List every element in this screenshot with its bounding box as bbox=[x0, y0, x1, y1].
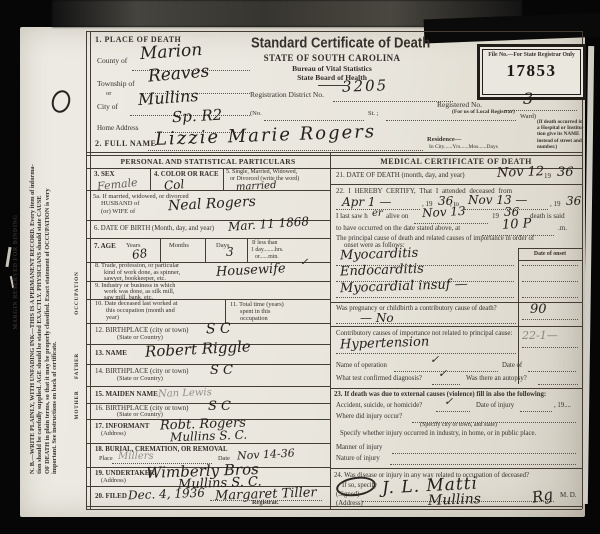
injury-19-label: , 19.... bbox=[554, 402, 571, 409]
hospital-note-line: tion give its NAME bbox=[537, 131, 585, 137]
date-of-death-value: Nov 12 bbox=[497, 165, 545, 180]
contributory-onset-value: 22-1— bbox=[522, 330, 558, 341]
spouse-label-3: (or) WIFE of bbox=[101, 208, 135, 215]
residence-line-label: In City......Yrs......Mos......Days bbox=[429, 145, 498, 151]
maiden-name-label: 15. MAIDEN NAME bbox=[95, 391, 158, 399]
accident-line bbox=[436, 410, 470, 412]
district-value: 3205 bbox=[342, 78, 389, 95]
specify-where-label: Specify whether injury occurred in indus… bbox=[340, 430, 536, 437]
cell-divider bbox=[160, 238, 161, 262]
spouse-label-2: HUSBAND of bbox=[101, 200, 139, 207]
district-label: Registration District No. bbox=[250, 91, 324, 99]
divider-under-name bbox=[86, 152, 582, 153]
contributory-onset-line bbox=[522, 346, 578, 348]
residence-label: Residence— bbox=[427, 136, 461, 143]
signed-label: (Signed) bbox=[336, 491, 359, 498]
contributory-value: Hypertension bbox=[340, 335, 430, 351]
race-value: Col bbox=[164, 178, 185, 192]
saw-19: 19 bbox=[492, 213, 499, 221]
column-divider bbox=[330, 152, 331, 509]
date-of-death-label: 21. DATE OF DEATH (month, day, and year) bbox=[336, 172, 465, 180]
burial-place-label: Place bbox=[99, 456, 113, 463]
row-line bbox=[330, 388, 582, 389]
informant-address-value: Mullins S. C. bbox=[170, 429, 248, 444]
undertaker-address-label: (Address) bbox=[101, 478, 126, 485]
md-label: M. D. bbox=[560, 492, 577, 500]
father-birthplace-value: S C bbox=[210, 364, 233, 377]
form-border-left-outer bbox=[86, 31, 87, 509]
street-no-line bbox=[264, 119, 364, 121]
row-line bbox=[330, 468, 582, 469]
manner-line bbox=[392, 452, 576, 454]
saw-label-3: death is said bbox=[530, 213, 565, 221]
row-line bbox=[86, 238, 330, 239]
saw-her-value: er bbox=[372, 209, 383, 219]
age-label: 7. AGE bbox=[94, 243, 116, 251]
margin-binding-note: MARGIN RESERVED FOR BINDING bbox=[13, 192, 19, 352]
marital-label-1: 5. Single, Married, Widowed, bbox=[226, 169, 297, 175]
onset-label: Date of onset bbox=[518, 251, 582, 257]
less-than-line-2: 1 day........hrs. bbox=[251, 247, 283, 253]
item23-label: 23. If death was due to external causes … bbox=[334, 391, 546, 398]
saw-label-2: alive on bbox=[386, 213, 408, 221]
form-border-top bbox=[86, 31, 582, 32]
margin-nb-line: OF DEATH in plain terms, so that it may … bbox=[44, 56, 51, 474]
row-line bbox=[330, 184, 582, 185]
physician-address: Mullins bbox=[428, 492, 481, 508]
street-label: St. ; bbox=[368, 110, 378, 117]
onset-line-1 bbox=[522, 264, 578, 266]
manner-label: Manner of injury bbox=[336, 444, 382, 451]
operation-label: Name of operation bbox=[336, 362, 387, 369]
full-name-line bbox=[148, 149, 423, 151]
registered-line bbox=[505, 109, 577, 111]
nature-label: Nature of injury bbox=[336, 455, 380, 462]
nature-line bbox=[390, 463, 576, 465]
margin-nb-note: N. B.—WRITE PLAINLY, WITH UNFADING INK—T… bbox=[29, 56, 59, 474]
margin-nb-line: N. B.—WRITE PLAINLY, WITH UNFADING INK—T… bbox=[29, 56, 36, 474]
form-border-bottom bbox=[86, 506, 582, 507]
cell-divider bbox=[205, 238, 206, 262]
row-line bbox=[86, 364, 330, 365]
days-value: 3 bbox=[226, 246, 234, 258]
last-worked-label-3: year) bbox=[106, 315, 119, 322]
mother-strip-label: MOTHER bbox=[75, 387, 81, 423]
burial-label: 18. BURIAL, CREMATION, OR REMOVAL bbox=[95, 446, 228, 453]
hospital-note-line: number.) bbox=[537, 144, 585, 150]
checkmark: ✓ bbox=[438, 368, 447, 379]
hour-value: 10 P bbox=[502, 217, 532, 232]
mother-birthplace-sub: (State or Country) bbox=[117, 412, 163, 419]
injury-date-line bbox=[520, 410, 552, 412]
signature-flourish: Rg bbox=[531, 487, 554, 505]
dod-year-value: 36 bbox=[557, 166, 574, 179]
cell-divider bbox=[223, 168, 224, 190]
autopsy-label: Was there an autopsy? bbox=[466, 375, 527, 382]
township-label: Township of bbox=[97, 80, 135, 88]
years-value: 68 bbox=[131, 247, 148, 261]
onset-box-top bbox=[518, 248, 582, 249]
father-strip-label: FATHER bbox=[75, 344, 81, 388]
street-line bbox=[386, 119, 516, 121]
hospital-note-line: instead of street and bbox=[537, 138, 585, 144]
certificate-title: Standard Certificate of Death bbox=[251, 35, 413, 51]
occupation-strip-label: OCCUPATION bbox=[75, 262, 81, 324]
attended-from-value: Apr 1 — bbox=[342, 196, 391, 208]
checkmark: ✓ bbox=[300, 258, 308, 268]
injury-date-label: Date of injury bbox=[476, 402, 514, 409]
home-address-value: Sp. R2 bbox=[172, 108, 223, 126]
checkmark: ✓ bbox=[444, 396, 453, 407]
informant-address-label: (Address) bbox=[101, 431, 126, 438]
cause-value-2: Endocarditis bbox=[340, 263, 424, 279]
birthplace-sub: (State or Country) bbox=[117, 335, 163, 342]
birthplace-value: S C bbox=[206, 322, 231, 337]
burial-date-value: Nov 14-36 bbox=[237, 447, 295, 461]
test-line bbox=[432, 383, 460, 385]
cause-value-1: Myocarditis bbox=[340, 247, 419, 263]
bureau-line: Bureau of Vital Statistics bbox=[251, 65, 413, 73]
autopsy-line bbox=[538, 383, 578, 385]
cell-divider bbox=[225, 299, 226, 323]
less-than-line-1: If less than bbox=[252, 240, 277, 246]
home-address-label: Home Address bbox=[97, 125, 138, 133]
operation-date-line bbox=[528, 370, 576, 372]
or-label: or bbox=[106, 90, 111, 97]
board-line: State Board of Health bbox=[251, 74, 413, 82]
father-birthplace-sub: (State or Country) bbox=[117, 376, 163, 383]
pregnancy-onset-value: 90 bbox=[530, 303, 547, 316]
contributory-line bbox=[336, 352, 516, 354]
filed-label: 20. FILED bbox=[95, 493, 127, 501]
race-label: 4. COLOR OR RACE bbox=[154, 171, 219, 178]
row-line bbox=[330, 326, 582, 327]
personal-section-title: PERSONAL AND STATISTICAL PARTICULARS bbox=[86, 158, 330, 166]
occurred-label: to have occurred on the date stated abov… bbox=[336, 225, 460, 233]
registrar-label: Registrar. bbox=[252, 500, 279, 507]
where-injury-label: Where did injury occur? bbox=[336, 413, 402, 420]
sex-label: 3. SEX bbox=[94, 171, 115, 179]
marital-value: married bbox=[236, 181, 277, 193]
city-value: Mullins bbox=[138, 88, 200, 108]
row-line bbox=[86, 443, 330, 444]
cell-divider bbox=[150, 168, 151, 190]
county-value: Marion bbox=[139, 42, 202, 63]
mother-birthplace-value: S C bbox=[208, 400, 231, 413]
district-line bbox=[333, 100, 453, 102]
divider-under-name2 bbox=[86, 155, 582, 156]
margin-nb-line: important. See instructions on back of c… bbox=[51, 56, 58, 474]
to-year-value: 36 bbox=[566, 195, 581, 207]
maiden-name-value: Nan Lewis bbox=[158, 388, 212, 400]
father-name-label: 13. NAME bbox=[95, 350, 127, 358]
operation-date-label: Date of bbox=[502, 362, 522, 369]
death-certificate-scan: MARGIN RESERVED FOR BINDING N. B.—WRITE … bbox=[0, 0, 600, 534]
total-time-label-3: occupation bbox=[240, 316, 268, 323]
scan-scratch bbox=[5, 247, 11, 267]
accident-label: Accident, suicide, or homicide? bbox=[336, 402, 422, 409]
file-number-value: 17853 bbox=[480, 62, 583, 80]
county-label: County of bbox=[97, 57, 127, 65]
full-name-label: 2. FULL NAME bbox=[95, 140, 156, 149]
test-label: What test confirmed diagnosis? bbox=[336, 375, 422, 382]
cause-line-3 bbox=[336, 296, 514, 298]
trade-value: Housewife bbox=[216, 262, 286, 279]
form-border-right bbox=[582, 31, 583, 509]
medical-section-title: MEDICAL CERTIFICATE OF DEATH bbox=[330, 158, 582, 167]
if-so-specify-label: If so, specify bbox=[342, 482, 377, 489]
registered-note: (For us of Local Registrar) bbox=[452, 110, 515, 116]
address-label: (Address) bbox=[336, 500, 363, 507]
less-than-line-3: or......min. bbox=[255, 254, 279, 260]
saw-label-1: I last saw h bbox=[336, 213, 368, 221]
saw-date-value: Nov 13 bbox=[422, 205, 466, 219]
pregnancy-line bbox=[336, 322, 516, 324]
ward-label: Ward) bbox=[520, 113, 536, 120]
city-label: City of bbox=[97, 103, 118, 111]
months-label: Months bbox=[169, 242, 189, 249]
form-border-left-inner bbox=[90, 31, 91, 509]
checkmark: ✓ bbox=[430, 354, 439, 365]
to-19: , 19 bbox=[550, 201, 561, 209]
specify-city-label: (Specify city or town, and state) bbox=[420, 422, 497, 428]
onset-line-3 bbox=[522, 296, 578, 298]
cell-divider bbox=[247, 238, 248, 262]
margin-nb-line: tion should be carefully supplied. AGE s… bbox=[36, 56, 43, 474]
registered-label: Registered No. bbox=[437, 101, 482, 109]
filed-date-value: Dec. 4, 1936 bbox=[128, 487, 205, 502]
state-line: STATE OF SOUTH CAROLINA bbox=[251, 54, 413, 64]
burial-place-value: Millers bbox=[118, 452, 154, 462]
form-border-bottom2 bbox=[86, 509, 582, 510]
hospital-note: (If death occurred in a Hospital or Inst… bbox=[537, 119, 585, 150]
m-label: .m. bbox=[558, 225, 567, 233]
dob-label: 6. DATE OF BIRTH (Month, day, and year) bbox=[94, 225, 214, 232]
registered-value: 3 bbox=[523, 91, 533, 107]
onset-box-bottom bbox=[518, 260, 582, 261]
street-no-label: (No. bbox=[250, 110, 262, 117]
file-number-label: File No.—For State Registrar Only bbox=[480, 52, 583, 58]
pregnancy-onset-line bbox=[522, 318, 578, 320]
dod-19: 19 bbox=[544, 173, 551, 181]
onset-line-2 bbox=[522, 280, 578, 282]
